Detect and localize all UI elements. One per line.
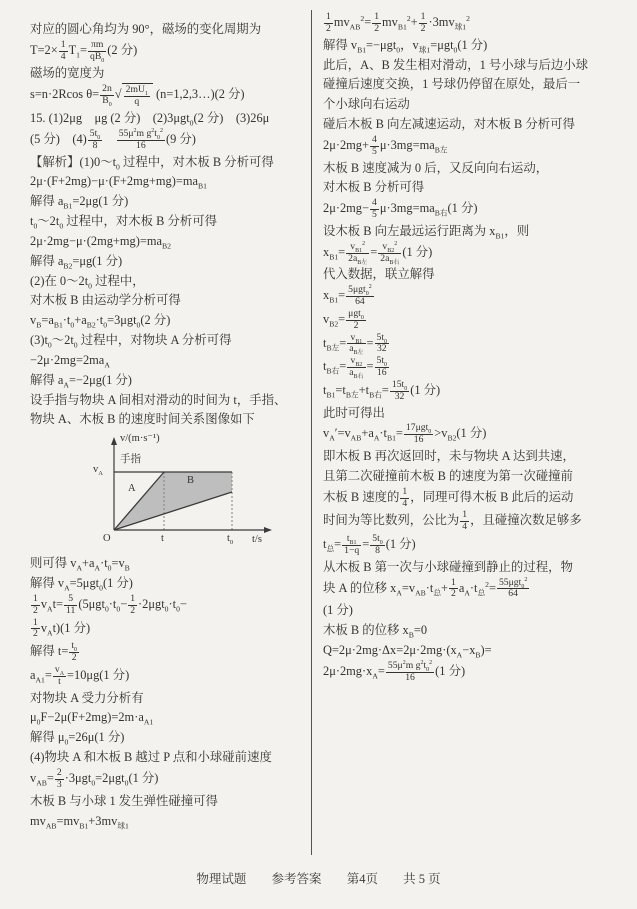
fraction-denominator: 1−q xyxy=(342,546,361,557)
fraction: 5t08 xyxy=(370,534,385,557)
fraction-denominator: 4 xyxy=(460,522,469,533)
text-line: 对应的圆心角均为 90°，磁场的变化周期为 xyxy=(30,20,310,39)
text-line: 2μ·(F+2mg)−μ·(F+2mg+mg)=maB1 xyxy=(30,172,310,191)
subscript: 0 xyxy=(109,102,112,108)
column-divider xyxy=(311,10,312,855)
subscript: 总 xyxy=(433,588,441,597)
fraction: 14 xyxy=(400,487,409,510)
fraction-denominator: 2 xyxy=(346,321,366,332)
figure-va-tick: vA xyxy=(93,465,103,476)
fraction-numerator: πm xyxy=(88,40,106,52)
text-line: 木板 B 与小球 1 发生弹性碰撞可得 xyxy=(30,792,310,811)
figure-finger-label: 手指 xyxy=(120,455,141,466)
fraction-denominator: 2 xyxy=(372,24,381,35)
superscript: 2 xyxy=(466,14,470,23)
fraction-numerator: vB12 xyxy=(346,242,369,254)
x-axis-arrow xyxy=(264,527,272,533)
subscript: A xyxy=(64,584,70,593)
fraction-denominator: 2 xyxy=(31,606,40,617)
text-line: 木板 B 速度减为 0 后，又反向向右运动， xyxy=(323,159,615,178)
fraction-denominator: 3 xyxy=(55,780,64,791)
left-lines-top: 对应的圆心角均为 90°，磁场的变化周期为T=2×14T1=πmqB0(2 分)… xyxy=(30,20,310,429)
text-line: vB=aB1·t0+aB2·t0=3μgt0(2 分) xyxy=(30,311,310,330)
subscript: AB xyxy=(46,821,57,830)
superscript: 2 xyxy=(160,128,163,134)
subscript: AB xyxy=(351,434,362,443)
y-axis-arrow xyxy=(111,437,117,445)
fraction-denominator: 2 xyxy=(419,24,428,35)
fraction-denominator: 64 xyxy=(497,589,529,600)
fraction-denominator: 32 xyxy=(390,392,409,403)
subscript: 0 xyxy=(101,58,104,64)
subscript: 0 xyxy=(176,605,180,614)
fraction-denominator: aB左 xyxy=(347,344,365,355)
fraction: vB2aB右 xyxy=(347,356,365,379)
figure-line-b-label: B xyxy=(187,476,194,487)
subscript: A xyxy=(396,588,402,597)
fraction: 5t032 xyxy=(375,333,390,356)
subscript: 0 xyxy=(116,605,120,614)
fraction-denominator: 8 xyxy=(370,546,385,557)
fraction: 14 xyxy=(59,40,68,63)
fraction-denominator: 64 xyxy=(346,297,374,308)
subscript: 1 xyxy=(76,50,80,59)
subscript: 0 xyxy=(230,539,233,546)
text-line: Q=2μ·2mg·Δx=2μ·2mg·(xA−xB)= xyxy=(323,641,615,660)
fraction: t02 xyxy=(69,641,79,664)
fraction-denominator: 8 xyxy=(88,141,103,152)
superscript: 2 xyxy=(407,14,411,23)
subscript: A xyxy=(372,671,378,680)
subscript: 球1 xyxy=(455,23,467,32)
subscript: B1 xyxy=(357,45,366,54)
fraction: vAt xyxy=(53,665,66,688)
superscript: 2 xyxy=(394,241,397,247)
subscript: 总 xyxy=(477,588,485,597)
shaded-region xyxy=(114,472,232,530)
figure-t0-tick: t0 xyxy=(227,534,233,545)
text-line: 2μ·2mg−45μ·3mg=maB右(1 分) xyxy=(323,198,615,221)
fraction: 45 xyxy=(370,135,379,158)
text-line: 对木板 B 分析可得 xyxy=(323,178,615,197)
footer-doc-subtitle: 参考答案 xyxy=(272,872,322,886)
superscript: 2 xyxy=(403,659,406,665)
text-line: 12mvAB2=12mvB12+12·3mv球12 xyxy=(323,12,615,35)
text-line: 即木板 B 再次返回时，未与物块 A 达到共速， xyxy=(323,447,615,466)
text-line: tB左=vB1aB左=5t032 xyxy=(323,333,615,356)
subscript: 球1 xyxy=(419,45,431,54)
subscript: B2 xyxy=(87,321,96,330)
text-line: 则可得 vA+aA·t0=vB xyxy=(30,554,310,573)
fraction: 5t08 xyxy=(88,129,103,152)
subscript: A xyxy=(63,380,69,389)
text-line: 磁场的宽度为 xyxy=(30,64,310,83)
fraction: tB11−q xyxy=(342,534,361,557)
subscript: 0 xyxy=(426,667,429,673)
figure-line-a-label: A xyxy=(128,484,136,495)
subscript: B1 xyxy=(198,182,207,191)
text-line: 2μ·2mg−μ·(2mg+mg)=maB2 xyxy=(30,232,310,251)
subscript: B2 xyxy=(63,261,72,270)
text-line: 【解析】(1)0～t0 过程中，对木板 B 分析可得 xyxy=(30,153,310,172)
text-line: 木板 B 的位移 xB=0 xyxy=(323,621,615,640)
text-line: t0～2t0 过程中，对木板 B 分析可得 xyxy=(30,212,310,231)
subscript: B左 xyxy=(326,343,339,352)
subscript: 0 xyxy=(454,45,458,54)
subscript: 0 xyxy=(361,315,364,321)
subscript: B1 xyxy=(63,202,72,211)
fraction: 5t016 xyxy=(375,356,390,379)
fraction-denominator: 32 xyxy=(375,344,390,355)
subscript: 0 xyxy=(91,779,95,788)
subscript: A1 xyxy=(144,718,153,727)
superscript: 2 xyxy=(369,284,372,290)
subscript: 0 xyxy=(380,540,383,546)
fraction: 55μ2m g2t0216 xyxy=(386,661,434,684)
fraction: 12 xyxy=(128,594,137,617)
fraction-numerator: 5t0 xyxy=(88,129,103,141)
fraction: 14 xyxy=(460,510,469,533)
text-line: 碰后木板 B 向左减速运动，对木板 B 分析可得 xyxy=(323,115,615,134)
fraction-numerator: vB22 xyxy=(378,242,401,254)
fraction-numerator: 1 xyxy=(400,487,409,499)
text-line: 解得 t=t02 xyxy=(30,641,310,664)
fraction: 45 xyxy=(370,198,379,221)
superscript: 2 xyxy=(360,14,364,23)
subscript: B xyxy=(125,564,130,573)
footer-page-total: 共 5 页 xyxy=(403,872,441,886)
subscript: AB xyxy=(36,779,47,788)
subscript: 0 xyxy=(97,135,100,141)
left-lines-bottom: 则可得 vA+aA·t0=vB解得 vA=5μgt0(1 分)12vAt=511… xyxy=(30,554,310,830)
fraction-denominator: qB0 xyxy=(88,52,106,63)
text-line: 且第二次碰撞前木板 B 的速度为第一次碰撞前 xyxy=(323,467,615,486)
text-line: 12vAt=511(5μgt0·t0−12·2μgt0·t0− xyxy=(30,594,310,617)
fraction-denominator: 2 xyxy=(31,629,40,640)
subscript: B左 xyxy=(435,146,448,155)
text-line: 对物块 A 受力分析有 xyxy=(30,689,310,708)
footer-page-number: 第4页 xyxy=(347,872,378,886)
fraction: vB122aB左 xyxy=(346,242,369,265)
subscript: 1 xyxy=(145,91,148,97)
figure-t-tick: t xyxy=(161,534,164,545)
subscript: A1 xyxy=(36,676,45,685)
figure-ylabel: v/(m·s⁻¹) xyxy=(120,434,160,445)
subscript: A xyxy=(95,564,101,573)
subscript: 0 xyxy=(105,605,109,614)
text-line: vAB=23·3μgt0=2μgt0(1 分) xyxy=(30,768,310,791)
subscript: AB xyxy=(415,588,426,597)
fraction: 12 xyxy=(419,12,428,35)
subscript: B1 xyxy=(79,821,88,830)
subscript: 0 xyxy=(125,779,129,788)
subscript: 0 xyxy=(190,118,194,127)
fraction: 23 xyxy=(55,768,64,791)
text-line: 此时可得出 xyxy=(323,404,615,423)
text-line: 设手指与物块 A 间相对滑动的时间为 t，手指、 xyxy=(30,391,310,410)
subscript: A xyxy=(374,434,380,443)
subscript: A xyxy=(457,650,463,659)
text-line: aA1=vAt=10μg(1 分) xyxy=(30,665,310,688)
text-line: vB2=μgt02 xyxy=(323,309,615,332)
text-line: 代入数据，联立解得 xyxy=(323,265,615,284)
fraction: 15t032 xyxy=(390,380,409,403)
subscript: B2 xyxy=(329,320,338,329)
right-column: 12mvAB2=12mvB12+12·3mv球12解得 vB1=−μgt0，v球… xyxy=(323,12,615,684)
text-line: 解得 μ0=26μ(1 分) xyxy=(30,728,310,747)
subscript: B1 xyxy=(387,434,396,443)
superscript: 2 xyxy=(524,576,527,582)
subscript: A xyxy=(98,470,103,477)
left-column: 对应的圆心角均为 90°，磁场的变化周期为T=2×14T1=πmqB0(2 分)… xyxy=(30,20,310,831)
text-line: 碰撞后速度交换，1 号球仍停留在原处，最后一 xyxy=(323,75,615,94)
text-line: t总=tB11−q=5t08(1 分) xyxy=(323,534,615,557)
subscript: B右 xyxy=(435,209,448,218)
scanned-answer-sheet: { "doc": { "footer": { "title": "物理试题", … xyxy=(0,0,637,909)
text-line: (2)在 0～2t0 过程中， xyxy=(30,272,310,291)
subscript: B xyxy=(475,650,480,659)
subscript: 球1 xyxy=(117,821,129,830)
fraction: 55μgt0264 xyxy=(497,578,529,601)
fraction-denominator: 5 xyxy=(370,210,379,221)
text-line: 此后，A、B 发生相对滑动，1 号小球与后边小球 xyxy=(323,56,615,75)
fraction: vB222aB右 xyxy=(378,242,401,265)
text-line: 设木板 B 向左最远运行距离为 xB1，则 xyxy=(323,222,615,241)
fraction: 2mU1q xyxy=(124,85,150,108)
fraction: πmqB0 xyxy=(88,40,106,63)
subscript: 0 xyxy=(48,341,52,350)
text-line: (5 分) (4)5t08 55μ2m g2t0216(9 分) xyxy=(30,129,310,152)
subscript: 0 xyxy=(37,718,41,727)
fraction-numerator: 55μ2m g2t02 xyxy=(117,129,165,141)
subscript: B左 xyxy=(346,390,359,399)
subscript: 0 xyxy=(108,564,112,573)
text-line: 解得 vB1=−μgt0，v球1=μgt0(1 分) xyxy=(323,36,615,55)
subscript: 0 xyxy=(70,321,74,330)
text-line: 块 A 的位移 xA=vAB·t总+12aA·t总2=55μgt0264 xyxy=(323,578,615,601)
subscript: A xyxy=(329,434,335,443)
text-line: xB1=5μgt0264 xyxy=(323,285,615,308)
subscript: B1 xyxy=(329,252,338,261)
text-line: 从木板 B 第一次与小球碰撞到静止的过程，物 xyxy=(323,558,615,577)
fraction-denominator: 2 xyxy=(449,589,458,600)
text-line: tB右=vB2aB右=5t016 xyxy=(323,356,615,379)
text-line: 对木板 B 由运动学分析可得 xyxy=(30,291,310,310)
superscript: 2 xyxy=(485,580,489,589)
subscript: 0 xyxy=(33,222,37,231)
subscript: 0 xyxy=(137,321,141,330)
fraction-denominator: 2 xyxy=(324,24,333,35)
fraction-denominator: 16 xyxy=(375,368,390,379)
subscript: 0 xyxy=(157,135,160,141)
footer-doc-title: 物理试题 xyxy=(196,872,246,886)
text-line: 12vAt)(1 分) xyxy=(30,618,310,641)
subscript: 0 xyxy=(99,584,103,593)
fraction-numerator: 55μ2m g2t02 xyxy=(386,661,434,673)
text-line: −2μ·2mg=2maA xyxy=(30,351,310,370)
fraction: 17μgt016 xyxy=(404,423,433,446)
subscript: B xyxy=(36,321,41,330)
subscript: 0 xyxy=(366,291,369,297)
fraction: 2nB0 xyxy=(100,84,114,107)
text-line: 2μ·2mg·xA=55μ2m g2t0216(1 分) xyxy=(323,661,615,684)
subscript: 0 xyxy=(396,45,400,54)
fraction-numerator: μgt0 xyxy=(346,309,366,321)
subscript: 0 xyxy=(165,605,169,614)
fraction-denominator: 16 xyxy=(404,435,433,446)
fraction-denominator: 4 xyxy=(400,499,409,510)
text-line: 时间为等比数列，公比为14，且碰撞次数足够多 xyxy=(323,510,615,533)
text-line: 木板 B 速度的14，同理可得木板 B 此后的运动 xyxy=(323,487,615,510)
fraction: 5μgt0264 xyxy=(346,285,374,308)
fraction-denominator: 16 xyxy=(117,141,165,152)
page-footer: 物理试题 参考答案 第4页 共 5 页 xyxy=(0,869,637,887)
fraction: 12 xyxy=(31,594,40,617)
subscript: B1 xyxy=(495,231,504,240)
fraction-denominator: 16 xyxy=(386,673,434,684)
fraction-numerator: 15t0 xyxy=(390,380,409,392)
velocity-time-graph xyxy=(84,432,284,550)
superscript: 2 xyxy=(429,659,432,665)
subscript: B1 xyxy=(398,23,407,32)
subscript: 0 xyxy=(428,429,431,435)
superscript: 2 xyxy=(134,128,137,134)
subscript: A xyxy=(47,605,53,614)
fraction-denominator: 4 xyxy=(59,52,68,63)
text-line: 解得 aB1=2μg(1 分) xyxy=(30,192,310,211)
text-line: 物块 A、木板 B 的速度时间关系图像如下 xyxy=(30,410,310,429)
fraction-denominator: 2aB右 xyxy=(378,254,401,265)
subscript: 0 xyxy=(521,583,524,589)
subscript: A xyxy=(464,588,470,597)
right-lines: 12mvAB2=12mvB12+12·3mv球12解得 vB1=−μgt0，v球… xyxy=(323,12,615,683)
text-line: s=n·2Rcos θ=2nB0√2mU1q (n=1,2,3…)(2 分) xyxy=(30,83,310,108)
fraction-denominator: 2 xyxy=(128,606,137,617)
answer-sheet-page: 对应的圆心角均为 90°，磁场的变化周期为T=2×14T1=πmqB0(2 分)… xyxy=(0,0,637,909)
subscript: 0 xyxy=(74,341,78,350)
fraction-denominator: q xyxy=(124,97,150,108)
text-line: tB1=tB左+tB右=15t032(1 分) xyxy=(323,380,615,403)
subscript: B1 xyxy=(329,296,338,305)
fraction-denominator: t xyxy=(53,677,66,688)
subscript: B xyxy=(409,630,414,639)
text-line: (3)t0～2t0 过程中，对物块 A 分析可得 xyxy=(30,331,310,350)
fraction: vB1aB左 xyxy=(347,333,365,356)
figure-origin-label: O xyxy=(103,534,111,545)
fraction: μgt02 xyxy=(346,309,366,332)
text-line: mvAB=mvB1+3mv球1 xyxy=(30,812,310,831)
velocity-time-figure: v/(m·s⁻¹) 手指 vA A B O t t0 t/s xyxy=(84,432,284,550)
text-line: (4)物块 A 和木板 B 越过 P 点和小球碰前速度 xyxy=(30,748,310,767)
fraction: 12 xyxy=(324,12,333,35)
subscript: B1 xyxy=(54,321,63,330)
fraction-denominator: 2 xyxy=(69,653,79,664)
radicand: 2mU1q xyxy=(122,83,153,108)
text-line: 2μ·2mg+45μ·3mg=maB左 xyxy=(323,135,615,158)
subscript: B右 xyxy=(326,367,339,376)
subscript: 0 xyxy=(116,162,120,171)
subscript: 0 xyxy=(59,222,63,231)
text-line: μ0F−2μ(F+2mg)=2m·aA1 xyxy=(30,708,310,727)
text-line: 解得 vA=5μgt0(1 分) xyxy=(30,574,310,593)
text-line: T=2×14T1=πmqB0(2 分) xyxy=(30,40,310,63)
subscript: 0 xyxy=(404,386,407,392)
fraction: 511 xyxy=(64,594,77,617)
subscript: 总 xyxy=(326,545,334,554)
text-line: vA′=vAB+aA·tB1=17μgt016>vB2(1 分) xyxy=(323,423,615,446)
subscript: AB xyxy=(350,23,361,32)
fraction-numerator: 4 xyxy=(370,135,379,147)
fraction-denominator: aB右 xyxy=(347,368,365,379)
superscript: 2 xyxy=(362,241,365,247)
fraction-denominator: 11 xyxy=(64,606,77,617)
fraction-denominator: 2aB左 xyxy=(346,254,369,265)
fraction: 55μ2m g2t0216 xyxy=(117,129,165,152)
subscript: B2 xyxy=(447,434,456,443)
subscript: A xyxy=(104,360,110,369)
superscript: 2 xyxy=(420,659,423,665)
subscript: 0 xyxy=(103,321,107,330)
subscript: A xyxy=(76,564,82,573)
subscript: B右 xyxy=(369,390,382,399)
superscript: 2 xyxy=(151,128,154,134)
fraction-denominator: 5 xyxy=(370,147,379,158)
fraction: 12 xyxy=(372,12,381,35)
fraction: 12 xyxy=(449,578,458,601)
text-line: 解得 aA=−2μg(1 分) xyxy=(30,371,310,390)
fraction-denominator: B0 xyxy=(100,96,114,107)
text-line: 15. (1)2μg μg (2 分) (2)3μgt0(2 分) (3)26μ xyxy=(30,109,310,128)
fraction-numerator: 1 xyxy=(59,40,68,52)
subscript: B1 xyxy=(326,390,335,399)
text-line: 个小球向右运动 xyxy=(323,95,615,114)
fraction: 12 xyxy=(31,618,40,641)
text-line: (1 分) xyxy=(323,601,615,620)
subscript: A xyxy=(47,628,53,637)
figure-xlabel: t/s xyxy=(252,535,262,546)
subscript: B2 xyxy=(162,241,171,250)
text-line: xB1=vB122aB左=vB222aB右(1 分) xyxy=(323,242,615,265)
subscript: 0 xyxy=(88,281,92,290)
text-line: 解得 aB2=μg(1 分) xyxy=(30,252,310,271)
subscript: 0 xyxy=(65,738,69,747)
